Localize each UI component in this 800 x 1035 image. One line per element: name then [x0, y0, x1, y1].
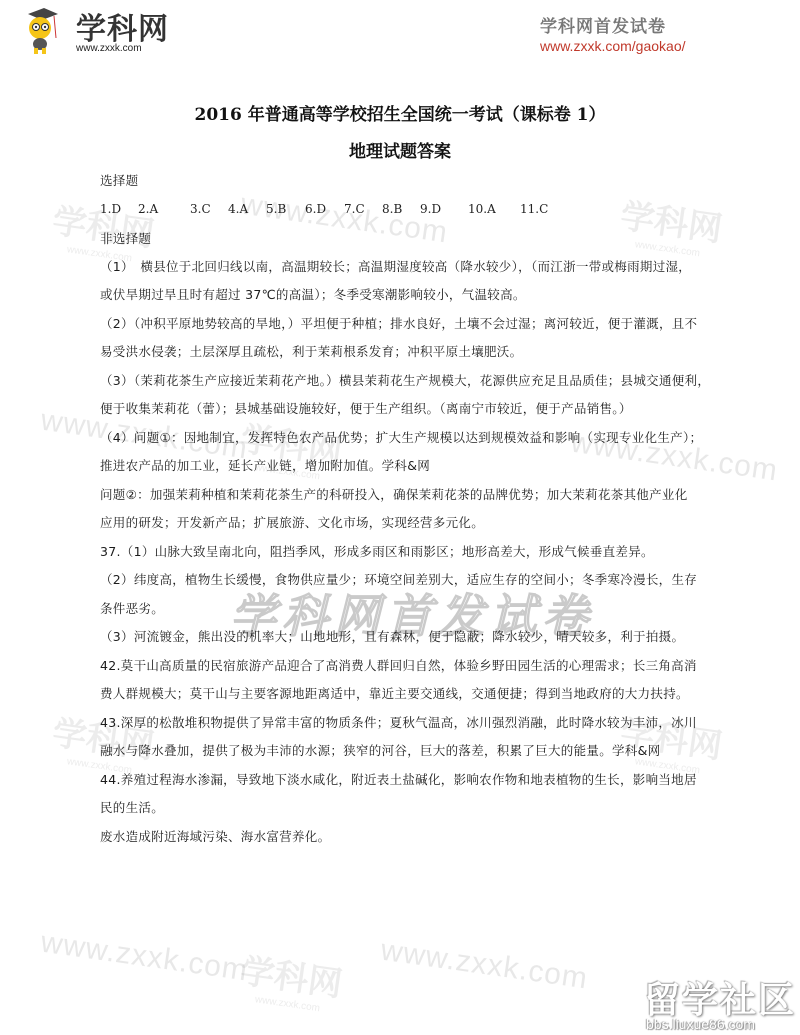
- watermark-logo: 学科网www.zxxk.com: [236, 943, 345, 1017]
- logo-text: 学科网: [76, 4, 169, 48]
- answer-line: （2）（冲积平原地势较高的旱地，）平坦便于种植；排水良好，土壤不会过湿；离河较近…: [100, 316, 712, 332]
- document-subtitle: 地理试题答案: [0, 137, 800, 162]
- section-heading-non-mc: 非选择题: [100, 231, 712, 247]
- document-title: 2016 年普通高等学校招生全国统一考试（课标卷 1）: [0, 100, 800, 125]
- answer-line: 条件恶劣。: [100, 601, 712, 617]
- answer-line: 37.（1）山脉大致呈南北向，阻挡季风，形成多雨区和雨影区；地形高差大，形成气候…: [100, 544, 712, 560]
- watermark-url: www.zxxk.com: [39, 926, 250, 989]
- tagline-title: 学科网首发试卷: [540, 12, 686, 37]
- corner-url: bbs.liuxue86.com: [646, 1016, 755, 1032]
- answer-line: 便于收集茉莉花（蕾）；县城基础设施较好，便于生产组织。（离南宁市较近，便于产品销…: [100, 401, 712, 417]
- mc-answer: 11.C: [520, 202, 548, 216]
- mc-answer: 5.B: [266, 202, 286, 216]
- mc-answer: 10.A: [468, 202, 496, 216]
- answer-line: （2）纬度高，植物生长缓慢，食物供应量少；环境空间差别大，适应生存的空间小；冬季…: [100, 572, 712, 588]
- answer-line: （3）河流镀金，熊出没的机率大；山地地形，且有森林，便于隐蔽；降水较少，晴天较多…: [100, 629, 712, 645]
- mc-answer: 8.B: [382, 202, 402, 216]
- watermark-logo: 学科网www.zxxk.com: [616, 188, 725, 262]
- answer-line: 43.深厚的松散堆积物提供了异常丰富的物质条件；夏秋气温高，冰川强烈消融，此时降…: [100, 715, 712, 731]
- watermark-url: www.zxxk.com: [379, 934, 590, 997]
- answer-line: 44.养殖过程海水渗漏，导致地下淡水咸化，附近表土盐碱化，影响农作物和地表植物的…: [100, 772, 712, 788]
- answer-line: 易受洪水侵袭；土层深厚且疏松，利于茉莉根系发育；冲积平原土壤肥沃。: [100, 344, 712, 360]
- mc-answer: 1.D: [100, 202, 121, 216]
- answer-line: （3）（茉莉花茶生产应接近茉莉花产地。）横县茉莉花生产规模大，花源供应充足且品质…: [100, 373, 712, 389]
- mc-answer: 4.A: [228, 202, 248, 216]
- section-heading-mc: 选择题: [100, 173, 712, 189]
- answer-line: 或伏旱期过旱且时有超过 37℃的高温）；冬季受寒潮影响较小，气温较高。: [100, 287, 712, 303]
- corner-watermark[interactable]: 留学社区 bbs.liuxue86.com: [640, 972, 800, 1035]
- header-tagline[interactable]: 学科网首发试卷 www.zxxk.com/gaokao/: [540, 12, 686, 54]
- answer-line: （1） 横县位于北回归线以南，高温期较长；高温期湿度较高（降水较少），（而江浙一…: [100, 259, 712, 275]
- answer-line: 废水造成附近海域污染、海水富营养化。: [100, 829, 712, 845]
- answer-line: 民的生活。: [100, 800, 712, 816]
- answer-line: 费人群规模大；莫干山与主要客源地距离适中，靠近主要交通线，交通便捷；得到当地政府…: [100, 686, 712, 702]
- logo-url: www.zxxk.com: [76, 43, 142, 54]
- mc-answer: 2.A: [138, 202, 158, 216]
- mascot-icon: [24, 8, 58, 54]
- tagline-url: www.zxxk.com/gaokao/: [540, 38, 686, 54]
- mc-answer: 3.C: [190, 202, 211, 216]
- mc-answer: 9.D: [420, 202, 441, 216]
- answer-line: 融水与降水叠加，提供了极为丰沛的水源；狭窄的河谷，巨大的落差，积累了巨大的能量。…: [100, 743, 712, 759]
- answer-line: （4）问题①：因地制宜，发挥特色农产品优势；扩大生产规模以达到规模效益和影响（实…: [100, 430, 712, 446]
- answer-line: 应用的研发；开发新产品；扩展旅游、文化市场，实现经营多元化。: [100, 515, 712, 531]
- page-header: 学科网 www.zxxk.com 学科网首发试卷 www.zxxk.com/ga…: [0, 0, 800, 60]
- mc-answer: 6.D: [305, 202, 326, 216]
- answer-line: 推进农产品的加工业，延长产业链，增加附加值。学科&网: [100, 458, 712, 474]
- answer-line: 42.莫干山高质量的民宿旅游产品迎合了高消费人群回归自然，体验乡野田园生活的心理…: [100, 658, 712, 674]
- answer-line: 问题②：加强茉莉种植和茉莉花茶生产的科研投入，确保茉莉花茶的品牌优势；加大茉莉花…: [100, 487, 712, 503]
- mc-answer: 7.C: [344, 202, 365, 216]
- zxxk-logo[interactable]: 学科网 www.zxxk.com: [24, 4, 184, 56]
